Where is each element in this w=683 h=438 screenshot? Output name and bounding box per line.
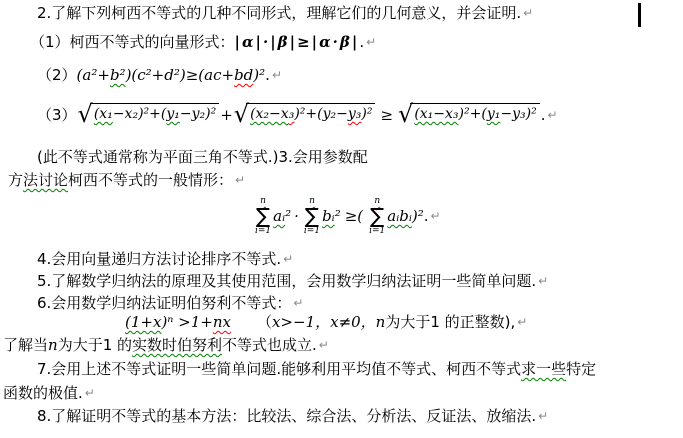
grammar-flagged-text: b² [110,66,126,84]
formula-part: )(c²+d²)≥(ac+ [126,66,235,84]
text-part: 函数的极值. [3,384,83,403]
formula-part: ² [285,207,291,225]
item-8-text: 8.了解证明不等式的基本方法：比较法、综合法、分析法、反证法、放缩法. [37,407,536,426]
sigma-lower-limit: i=1 [255,227,271,236]
algebraic-formula: (a²+b²)(c²+d²)≥(ac+bd)² [77,66,266,85]
period: . [265,66,270,85]
radical-icon: √ [234,102,249,126]
sqrt-3-content: (x₁−x₃)²+(y₁−y₃)² [410,103,539,127]
paragraph-mark-icon: ↵ [523,6,533,21]
spell-flagged-text: y₃ [348,106,362,122]
item-8-proof-methods: 8.了解证明不等式的基本方法：比较法、综合法、分析法、反证法、放缩法. ↵ [37,407,548,426]
grammar-flagged-text: (1+x [125,313,161,331]
formula-part: )²+(y₂− [294,106,348,122]
item-6-bernoulli: 6.会用数学归纳法证明伯努利不等式： ↵ [37,294,303,313]
paragraph-2-text: 2.了解下列柯西不等式的几种不同形式，理解它们的几何意义，并会证明. [37,4,521,23]
period: . [424,207,429,226]
item-6-text: 6.会用数学归纳法证明伯努利不等式： [37,294,291,313]
item-2-label: （2） [37,66,77,85]
formula-part: −x₂)²+( [113,106,167,122]
paragraph-mark-icon: ↵ [272,68,282,83]
sigma-lower-limit: i=1 [369,227,385,236]
grammar-flagged-text: (x₁ [94,106,113,122]
item-7-extrema-line-2: 函数的极值. ↵ [3,384,95,403]
sqrt-1-content: (x₁−x₂)²+(y₁−y₂)² [90,103,219,127]
sigma-lower-limit: i=1 [304,227,320,236]
document-page[interactable]: 2.了解下列柯西不等式的几种不同形式，理解它们的几何意义，并会证明. ↵ （1）… [0,0,683,438]
period: . [541,106,546,125]
formula-part: −y₃)² [500,106,536,122]
paragraph-mark-icon: ↵ [538,409,548,424]
item-5-text: 5.了解数学归纳法的原理及其使用范围，会用数学归纳法证明一些简单问题. [37,272,536,291]
grammar-flagged-text: (x₂−x [250,106,289,122]
paragraph-mark-icon: ↵ [235,173,245,188]
sigma-3: n ∑ i=1 [369,197,385,236]
formula-part: )²+( [459,106,487,122]
grammar-flagged-text: 法讨论 [23,171,68,190]
grammar-flagged-text: 求一些 [521,360,566,379]
bernoulli-real-note: 了解当 n 为大于1 的 实数时伯努利 不等式也成立. ↵ [3,336,329,355]
item-7-text: 7.会用上述不等式证明一些简单问题.能够利用平均值不等式、柯西不等式 [37,360,521,379]
period: . [359,33,364,52]
item-2-cauchy-algebraic-form: （2） (a²+b²)(c²+d²)≥(ac+bd)² . ↵ [37,66,282,85]
formula-part: )ⁿ >1+ [161,313,212,331]
formula-part: )² [253,66,265,84]
item-7-extrema-line-1: 7.会用上述不等式证明一些简单问题.能够利用平均值不等式、柯西不等式 求一些 特… [37,360,596,379]
paragraph-mark-icon: ↵ [538,274,548,289]
formula-part: )² [412,207,424,225]
sigma-icon: ∑ [370,206,384,227]
grammar-flagged-text: aᵢ [273,207,285,225]
paragraph-mark-icon: ↵ [283,252,293,267]
dot-operator: · [294,207,299,226]
radical-icon: √ [398,102,413,126]
radical-icon: √ [78,102,93,126]
item-3-continuation: 方 法讨论 柯西不等式的一般情形： ↵ [8,171,245,190]
paragraph-mark-icon: ↵ [517,315,527,330]
grammar-flagged-text: y₁ [487,106,501,122]
formula-part: ² [335,207,341,225]
spell-flagged-text: nx [213,313,231,331]
text-part: 了解当 [3,336,48,355]
item-7-text-end: 特定 [566,360,596,379]
vector-form-formula: |α|·|β|≥|α·β| [235,33,360,52]
sqrt-term-1: √ (x₁−x₂)²+(y₁−y₂)² [78,103,220,127]
paragraph-mark-icon: ↵ [319,338,329,353]
open-paren: （ [257,313,272,332]
paragraph-2-intro: 2.了解下列柯西不等式的几种不同形式，理解它们的几何意义，并会证明. ↵ [37,4,533,23]
geq-operator: ≥ [380,106,393,125]
grammar-flagged-text: (x₁−x₃ [414,106,458,122]
note-text: (此不等式通常称为平面三角不等式.)3.会用参数配 [37,148,368,167]
bernoulli-formula: (1+x)ⁿ >1+nx （ x>−1，x≠0，n 为大于1 的正整数), ↵ [125,313,527,332]
item-1-cauchy-vector-form: （1）柯西不等式的向量形式： |α|·|β|≥|α·β| . ↵ [30,33,376,52]
geq-open-paren: ≥( [345,207,363,226]
grammar-flagged-text: aᵢbᵢ [387,207,412,225]
triangle-note-and-item-3-start: (此不等式通常称为平面三角不等式.)3.会用参数配 [37,148,368,167]
grammar-flagged-text: y₁ [166,106,180,122]
text-part: 为大于1 的 [58,336,132,355]
grammar-flagged-text: 实数时伯努利 [132,336,222,355]
spell-flagged-text: bd [234,66,253,84]
condition-text: x>−1，x≠0，n [272,313,385,332]
sigma-2: n ∑ i=1 [304,197,320,236]
text-cursor [638,3,641,27]
paragraph-mark-icon: ↵ [293,296,303,311]
paragraph-mark-icon: ↵ [431,209,441,224]
text-part: 柯西不等式的一般情形： [68,171,233,190]
text-part: 不等式也成立. [222,336,317,355]
item-3-triangle-inequality: （3） √ (x₁−x₂)²+(y₁−y₂)² + √ (x₂−x₃)²+(y₂… [37,103,558,127]
sigma-1: n ∑ i=1 [255,197,271,236]
item-4-text: 4.会用向量递归方法讨论排序不等式. [37,250,281,269]
n-variable: n [48,336,58,355]
item-1-label: （1）柯西不等式的向量形式： [30,33,235,52]
sqrt-term-2: √ (x₂−x₃)²+(y₂−y₃)² [234,103,376,127]
paragraph-mark-icon: ↵ [85,386,95,401]
item-3-label: （3） [37,106,77,125]
general-cauchy-sum-formula: n ∑ i=1 aᵢ² · n ∑ i=1 bᵢ² ≥( n ∑ i=1 aᵢb… [253,197,441,236]
grammar-flagged-text: bᵢ [322,207,335,225]
formula-part: )² [361,106,372,122]
formula-part: (a²+ [77,66,110,84]
text-part: 方 [8,171,23,190]
sqrt-2-content: (x₂−x₃)²+(y₂−y₃)² [246,103,375,127]
plus-operator: + [220,106,233,125]
condition-chinese: 为大于1 的正整数), [385,313,515,332]
paragraph-mark-icon: ↵ [366,35,376,50]
item-4-rearrangement: 4.会用向量递归方法讨论排序不等式. ↵ [37,250,293,269]
formula-part: −y₂)² [180,106,216,122]
paragraph-mark-icon: ↵ [547,108,557,123]
sigma-icon: ∑ [256,206,270,227]
item-5-induction: 5.了解数学归纳法的原理及其使用范围，会用数学归纳法证明一些简单问题. ↵ [37,272,548,291]
sqrt-term-3: √ (x₁−x₃)²+(y₁−y₃)² [398,103,540,127]
sigma-icon: ∑ [305,206,319,227]
